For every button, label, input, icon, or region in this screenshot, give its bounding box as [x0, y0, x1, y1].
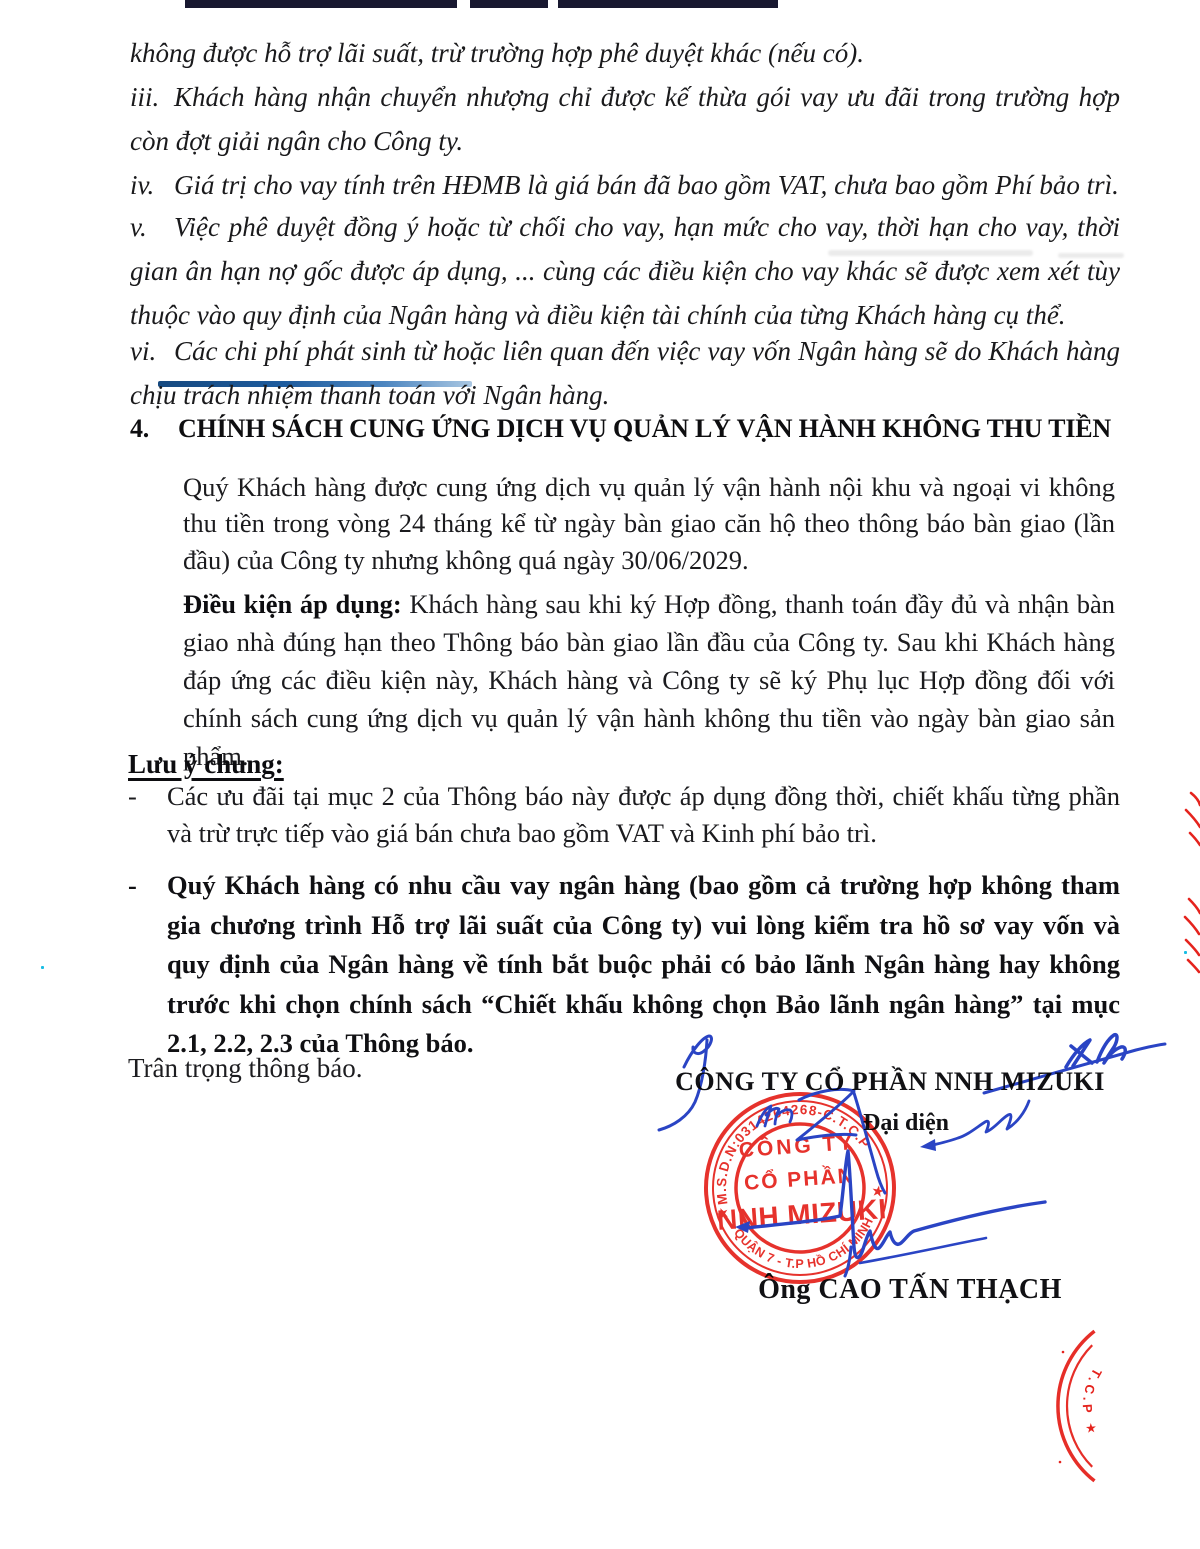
stamp-star-right: ★ [870, 1182, 886, 1201]
company-name: CÔNG TY CỔ PHẦN NNH MIZUKI [640, 1067, 1140, 1097]
corner-stamp-text: T.C.P ★ [1080, 1366, 1105, 1440]
bullet-text: Quý Khách hàng có nhu cầu vay ngân hàng … [167, 870, 1120, 1058]
list-item-v: v.Việc phê duyệt đồng ý hoặc từ chối cho… [130, 205, 1120, 337]
paragraph-lead: Điều kiện áp dụng: [183, 589, 409, 619]
note-bullet-2: -Quý Khách hàng có nhu cầu vay ngân hàng… [128, 866, 1120, 1064]
intro-line: không được hỗ trợ lãi suất, trừ trường h… [130, 31, 1120, 75]
stamp-inner-line2: CỔ PHẦN [743, 1163, 855, 1195]
section-4-heading: 4.CHÍNH SÁCH CUNG ỨNG DỊCH VỤ QUẢN LÝ VẬ… [130, 414, 1170, 444]
section-4-paragraph-2: Điều kiện áp dụng: Khách hàng sau khi ký… [183, 585, 1115, 775]
representative-label: Đại diện [756, 1110, 1056, 1137]
bullet-dash: - [128, 866, 148, 906]
section-title: CHÍNH SÁCH CUNG ỨNG DỊCH VỤ QUẢN LÝ VẬN … [178, 414, 1111, 443]
corner-stamp-fragment: T.C.P ★ [1030, 1300, 1200, 1510]
section-number: 4. [130, 414, 178, 444]
list-marker: iv. [130, 163, 174, 207]
list-marker: vi. [130, 329, 174, 373]
scan-speck [1184, 951, 1187, 954]
closing-line: Trân trọng thông báo. [128, 1053, 363, 1084]
edge-stamp-fragments [1175, 780, 1200, 990]
stamp-inner-line3: NNH MIZUKI [716, 1193, 888, 1236]
list-item-text: Các chi phí phát sinh từ hoặc liên quan … [130, 336, 1120, 410]
list-marker: iii. [130, 75, 174, 119]
document-page: không được hỗ trợ lãi suất, trừ trường h… [0, 0, 1200, 1549]
svg-text:T.C.P ★: T.C.P ★ [1080, 1366, 1105, 1440]
note-bullet-1: -Các ưu đãi tại mục 2 của Thông báo này … [128, 778, 1120, 852]
bullet-dash: - [128, 778, 148, 815]
list-item-iv: iv.Giá trị cho vay tính trên HĐMB là giá… [130, 163, 1120, 207]
list-item-text: Giá trị cho vay tính trên HĐMB là giá bá… [174, 170, 1119, 200]
signer-name: Ông CAO TẤN THẠCH [720, 1274, 1100, 1306]
scan-artifact-top-bar [185, 0, 457, 8]
list-item-text: Việc phê duyệt đồng ý hoặc từ chối cho v… [130, 212, 1120, 330]
bullet-text: Các ưu đãi tại mục 2 của Thông báo này đ… [167, 781, 1120, 848]
scan-speck [41, 966, 44, 969]
list-item-iii: iii.Khách hàng nhận chuyển nhượng chỉ đư… [130, 75, 1120, 163]
scan-artifact-top-bar [558, 0, 778, 8]
notes-heading: Lưu ý chung: [128, 749, 284, 780]
list-item-text: Khách hàng nhận chuyển nhượng chỉ được k… [130, 82, 1120, 156]
list-item-vi: vi.Các chi phí phát sinh từ hoặc liên qu… [130, 329, 1120, 417]
section-4-paragraph-1: Quý Khách hàng được cung ứng dịch vụ quả… [183, 469, 1115, 579]
stamp-star-left: ★ [713, 1204, 732, 1225]
svg-text:QUẬN 7 - T.P HỒ CHÍ MINH: QUẬN 7 - T.P HỒ CHÍ MINH [730, 1214, 879, 1276]
scan-artifact-top-bar [470, 0, 548, 8]
list-marker: v. [130, 205, 174, 249]
stamp-ring-bottom-text: QUẬN 7 - T.P HỒ CHÍ MINH [730, 1214, 879, 1276]
